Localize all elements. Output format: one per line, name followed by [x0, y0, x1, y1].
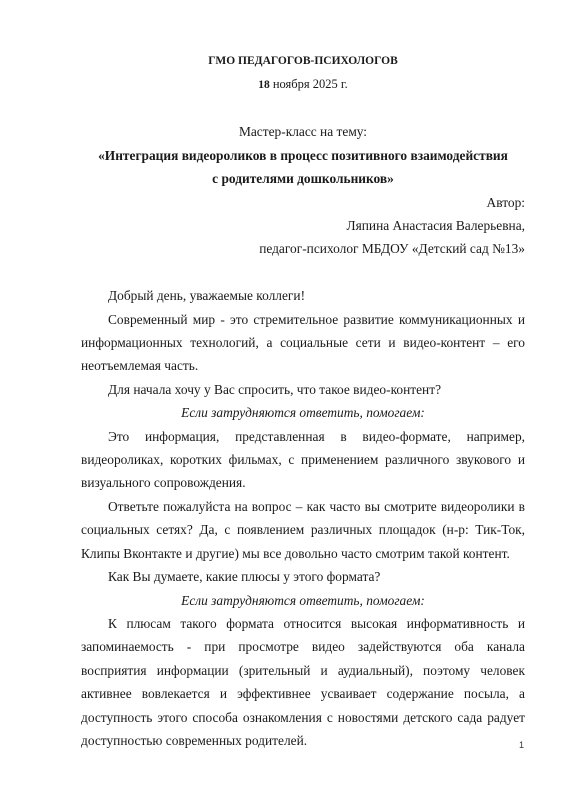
blank-line [81, 261, 525, 284]
hint-text: Если затрудняются ответить, помогаем: [81, 401, 525, 424]
paragraph: Как Вы думаете, какие плюсы у этого форм… [81, 565, 525, 588]
blank-line [81, 97, 525, 120]
paragraph: К плюсам такого формата относится высока… [81, 612, 525, 752]
author-label: Автор: [81, 191, 525, 214]
author-position: педагог-психолог МБДОУ «Детский сад №13» [81, 237, 525, 260]
paragraph: Для начала хочу у Вас спросить, что тако… [81, 378, 525, 401]
document-date: 18 ноября 2025 г. [81, 73, 525, 97]
hint-text: Если затрудняются ответить, помогаем: [81, 589, 525, 612]
document-page: ГМО ПЕДАГОГОВ-ПСИХОЛОГОВ 18 ноября 2025 … [0, 0, 566, 800]
masterclass-title-line-1: «Интеграция видеороликов в процесс позит… [77, 144, 529, 167]
paragraph: Ответьте пожалуйста на вопрос – как част… [81, 495, 525, 565]
paragraph: Это информация, представленная в видео-ф… [81, 425, 525, 495]
page-content: ГМО ПЕДАГОГОВ-ПСИХОЛОГОВ 18 ноября 2025 … [81, 50, 525, 752]
greeting: Добрый день, уважаемые коллеги! [81, 284, 525, 307]
date-rest: ноября 2025 г. [270, 77, 348, 91]
page-number: 1 [519, 740, 524, 750]
masterclass-title-line-2: с родителями дошкольников» [81, 167, 525, 190]
paragraph: Современный мир - это стремительное разв… [81, 308, 525, 378]
masterclass-intro: Мастер-класс на тему: [81, 120, 525, 143]
date-day: 18 [258, 79, 270, 91]
author-name: Ляпина Анастасия Валерьевна, [81, 214, 525, 237]
organization-header: ГМО ПЕДАГОГОВ-ПСИХОЛОГОВ [81, 50, 525, 73]
